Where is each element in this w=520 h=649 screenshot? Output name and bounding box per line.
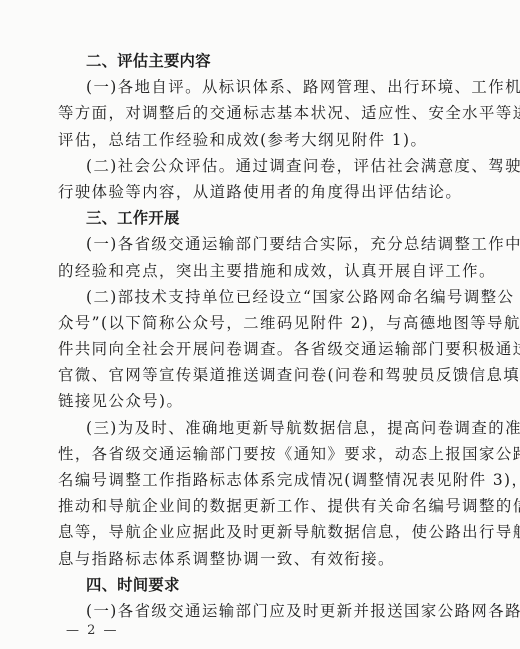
text-line: 件共同向全社会开展问卷调查。各省级交通运输部门要积极通过: [58, 336, 448, 362]
text-line: 众号”(以下简称公众号，二维码见附件 2)，与高德地图等导航软: [58, 310, 448, 336]
paragraph-local-self-evaluation: (一)各地自评。从标识体系、路网管理、出行环境、工作机制 等方面，对调整后的交通…: [58, 74, 448, 153]
text-line: 链接见公众号)。: [58, 388, 448, 414]
text-line: 性，各省级交通运输部门要按《通知》要求，动态上报国家公路网命: [58, 441, 448, 467]
text-line: (一)各省级交通运输部门应及时更新并报送国家公路网各路: [58, 598, 448, 624]
paragraph-timely-update: (一)各省级交通运输部门应及时更新并报送国家公路网各路: [58, 598, 448, 624]
paragraph-public-account-survey: (二)部技术支持单位已经设立“国家公路网命名编号调整公 众号”(以下简称公众号，…: [58, 284, 448, 415]
text-line: (一)各省级交通运输部门要结合实际，充分总结调整工作中: [58, 231, 448, 257]
page-number: — 2 —: [66, 623, 119, 638]
text-line: 官微、官网等宣传渠道推送调查问卷(问卷和驾驶员反馈信息填报: [58, 362, 448, 388]
paragraph-navigation-data-update: (三)为及时、准确地更新导航数据信息，提高问卷调查的准确 性，各省级交通运输部门…: [58, 415, 448, 572]
text-line: 评估，总结工作经验和成效(参考大纲见附件 1)。: [58, 127, 448, 153]
text-line: (二)部技术支持单位已经设立“国家公路网命名编号调整公: [58, 284, 448, 310]
paragraph-public-evaluation: (二)社会公众评估。通过调查问卷，评估社会满意度、驾驶员 行驶体验等内容，从道路…: [58, 153, 448, 205]
section-heading-time-requirements: 四、时间要求: [58, 572, 448, 598]
section-heading-work-implementation: 三、工作开展: [58, 205, 448, 231]
text-line: 名编号调整工作指路标志体系完成情况(调整情况表见附件 3)，: [58, 467, 448, 493]
text-line: (一)各地自评。从标识体系、路网管理、出行环境、工作机制: [58, 74, 448, 100]
text-line: (三)为及时、准确地更新导航数据信息，提高问卷调查的准确: [58, 415, 448, 441]
text-line: 等方面，对调整后的交通标志基本状况、适应性、安全水平等进行: [58, 100, 448, 126]
text-line: 行驶体验等内容，从道路使用者的角度得出评估结论。: [58, 179, 448, 205]
document-page: 二、评估主要内容 (一)各地自评。从标识体系、路网管理、出行环境、工作机制 等方…: [58, 48, 448, 624]
section-heading-evaluation-content: 二、评估主要内容: [58, 48, 448, 74]
paragraph-self-review-work: (一)各省级交通运输部门要结合实际，充分总结调整工作中 的经验和亮点，突出主要措…: [58, 231, 448, 283]
text-line: 息等，导航企业应据此及时更新导航数据信息，使公路出行导航信: [58, 519, 448, 545]
text-line: 息与指路标志体系调整协调一致、有效衔接。: [58, 546, 448, 572]
text-line: 的经验和亮点，突出主要措施和成效，认真开展自评工作。: [58, 258, 448, 284]
text-line: (二)社会公众评估。通过调查问卷，评估社会满意度、驾驶员: [58, 153, 448, 179]
text-line: 推动和导航企业间的数据更新工作、提供有关命名编号调整的信: [58, 493, 448, 519]
